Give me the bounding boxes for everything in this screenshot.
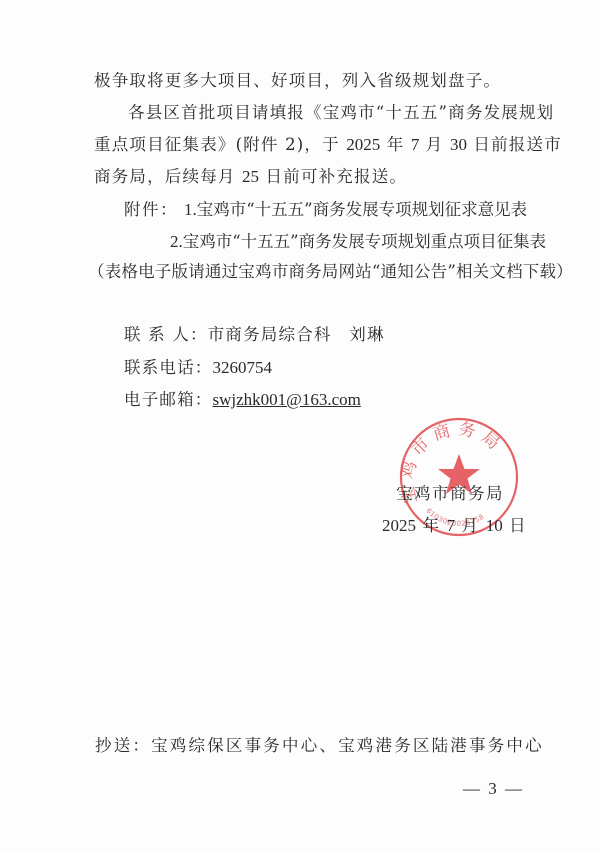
paragraph-2-line-2: 重点项目征集表》(附件 2)，于 2025 年 7 月 30 日前报送市 [94,135,562,155]
document-page: 极争取将更多大项目、好项目，列入省级规划盘子。 各县区首批项目请填报《宝鸡市“十… [0,0,600,852]
attachment-index: 1. [184,200,197,219]
date-year: 2025 [382,516,416,535]
attachments-label: 附件： [124,200,178,219]
attachment-title: 宝鸡市“十五五”商务发展专项规划征求意见表 [197,200,527,219]
page-number: — 3 — [463,779,524,799]
date-unit: 年 [416,516,447,535]
contact-person-label: 联 系 人： [124,325,208,344]
paragraph-1-tail: 极争取将更多大项目、好项目，列入省级规划盘子。 [94,71,501,91]
contact-email-label: 电子邮箱： [124,390,213,409]
text-segment: 日前可补充报送。 [259,167,407,186]
attachment-2: 2.宝鸡市“十五五”商务发展专项规划重点项目征集表 [170,232,546,252]
text-segment: 年 [380,135,411,154]
contact-phone-label: 联系电话： [124,358,213,377]
date-unit: 日 [503,516,527,535]
contact-email-link[interactable]: swjzhk001@163.com [213,390,361,409]
signature-date: 2025 年 7 月 10 日 [382,516,527,536]
paragraph-2-line-3: 商务局，后续每月 25 日前可补充报送。 [94,167,407,187]
date-unit: 月 [455,516,486,535]
text-segment: 重点项目征集表》(附件 2)，于 [94,135,346,154]
attachment-index: 2. [170,232,183,251]
contact-person: 联 系 人：市商务局综合科 刘琳 [124,325,385,345]
deadline-year: 2025 [346,135,380,154]
text-segment: 商务局，后续每月 [94,167,242,186]
deadline-day: 30 [450,135,467,154]
text-segment: 月 [419,135,450,154]
date-day: 10 [486,516,503,535]
contact-phone: 联系电话：3260754 [124,358,272,378]
text-segment: 日前报送市 [467,135,562,154]
attachment-1: 附件：1.宝鸡市“十五五”商务发展专项规划征求意见表 [124,200,527,220]
attachment-download-note: （表格电子版请通过宝鸡市商务局网站“通知公告”相关文档下载） [88,262,573,282]
contact-email: 电子邮箱：swjzhk001@163.com [124,390,361,410]
paragraph-2-line-1: 各县区首批项目请填报《宝鸡市“十五五”商务发展规划 [128,103,554,123]
cc-recipients: 宝鸡综保区事务中心、宝鸡港务区陆港事务中心 [151,736,544,755]
cc-label: 抄送： [95,736,151,755]
cc-line: 抄送：宝鸡综保区事务中心、宝鸡港务区陆港事务中心 [95,736,544,756]
attachment-title: 宝鸡市“十五五”商务发展专项规划重点项目征集表 [183,232,546,251]
monthly-day: 25 [242,167,259,186]
contact-person-value: 市商务局综合科 刘琳 [208,325,385,344]
date-month: 7 [447,516,456,535]
contact-phone-value: 3260754 [213,358,273,377]
signature-org: 宝鸡市商务局 [396,484,504,504]
